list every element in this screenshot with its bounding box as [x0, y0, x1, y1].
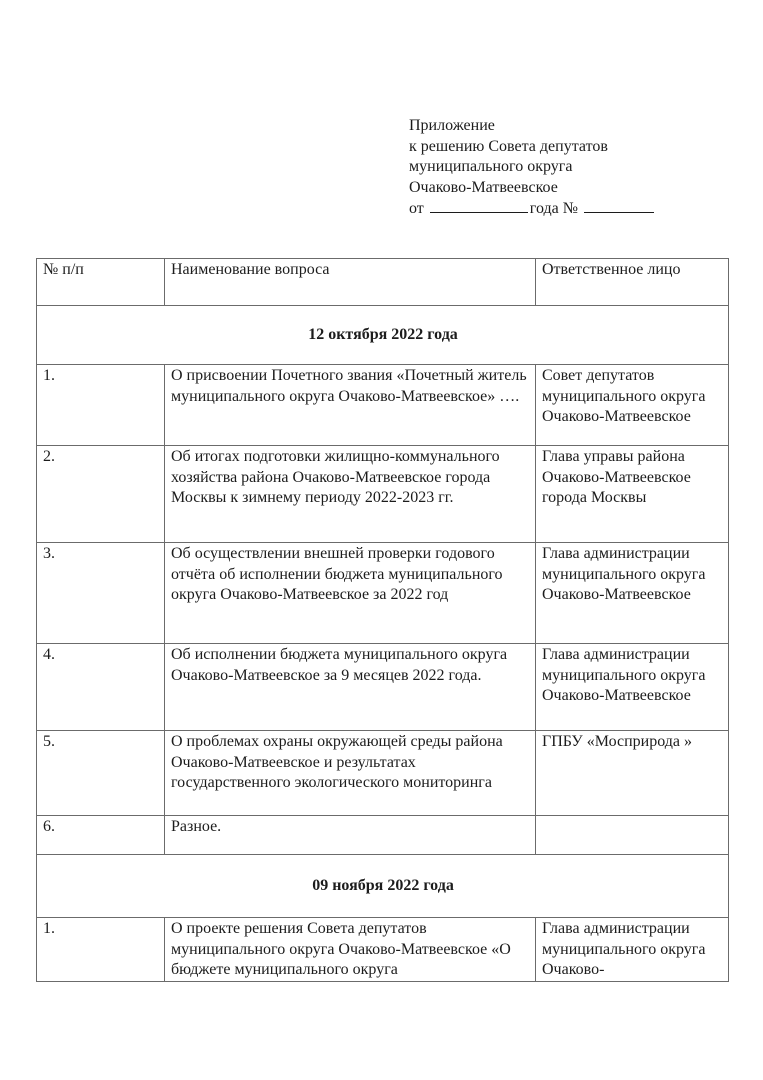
row-responsible: Глава администрации муниципального округ… — [536, 543, 729, 644]
header-title: Наименование вопроса — [165, 259, 536, 306]
appendix-header: Приложение к решению Совета депутатов му… — [409, 116, 654, 220]
decision-date-line: отгода № — [409, 198, 654, 220]
table-row: 2. Об итогах подготовки жилищно-коммунал… — [37, 446, 729, 543]
table-row: 6. Разное. — [37, 816, 729, 855]
date-suffix: года № — [530, 200, 578, 217]
row-title: Об итогах подготовки жилищно-коммунально… — [165, 446, 536, 543]
row-num: 3. — [37, 543, 165, 644]
row-title: О присвоении Почетного звания «Почетный … — [165, 365, 536, 446]
table-row: 4. Об исполнении бюджета муниципального … — [37, 644, 729, 731]
row-title: Об исполнении бюджета муниципального окр… — [165, 644, 536, 731]
section-date-row: 12 октября 2022 года — [37, 306, 729, 365]
table-header-row: № п/п Наименование вопроса Ответственное… — [37, 259, 729, 306]
table-row: 3. Об осуществлении внешней проверки год… — [37, 543, 729, 644]
appendix-line: к решению Совета депутатов — [409, 137, 654, 158]
section-date-row: 09 ноября 2022 года — [37, 855, 729, 918]
table-row: 1. О присвоении Почетного звания «Почетн… — [37, 365, 729, 446]
row-title: О проекте решения Совета депутатов муниц… — [165, 918, 536, 982]
date-prefix: от — [409, 200, 424, 217]
number-blank — [584, 198, 654, 213]
section-date: 12 октября 2022 года — [37, 306, 729, 365]
date-blank — [430, 198, 528, 213]
appendix-line: Очаково-Матвеевское — [409, 178, 654, 199]
row-num: 6. — [37, 816, 165, 855]
row-num: 4. — [37, 644, 165, 731]
table-row: 1. О проекте решения Совета депутатов му… — [37, 918, 729, 982]
row-responsible: ГПБУ «Мосприрода » — [536, 731, 729, 816]
agenda-table: № п/п Наименование вопроса Ответственное… — [36, 258, 729, 982]
appendix-line: муниципального округа — [409, 157, 654, 178]
row-responsible: Глава администрации муниципального округ… — [536, 918, 729, 982]
row-title: Об осуществлении внешней проверки годово… — [165, 543, 536, 644]
row-num: 1. — [37, 365, 165, 446]
header-responsible: Ответственное лицо — [536, 259, 729, 306]
section-date: 09 ноября 2022 года — [37, 855, 729, 918]
row-responsible: Глава администрации муниципального округ… — [536, 644, 729, 731]
row-num: 5. — [37, 731, 165, 816]
row-title: Разное. — [165, 816, 536, 855]
row-title: О проблемах охраны окружающей среды райо… — [165, 731, 536, 816]
row-num: 1. — [37, 918, 165, 982]
row-responsible — [536, 816, 729, 855]
row-responsible: Глава управы района Очаково-Матвеевское … — [536, 446, 729, 543]
row-responsible: Совет депутатов муниципального округа Оч… — [536, 365, 729, 446]
header-num: № п/п — [37, 259, 165, 306]
row-num: 2. — [37, 446, 165, 543]
table-row: 5. О проблемах охраны окружающей среды р… — [37, 731, 729, 816]
appendix-line: Приложение — [409, 116, 654, 137]
